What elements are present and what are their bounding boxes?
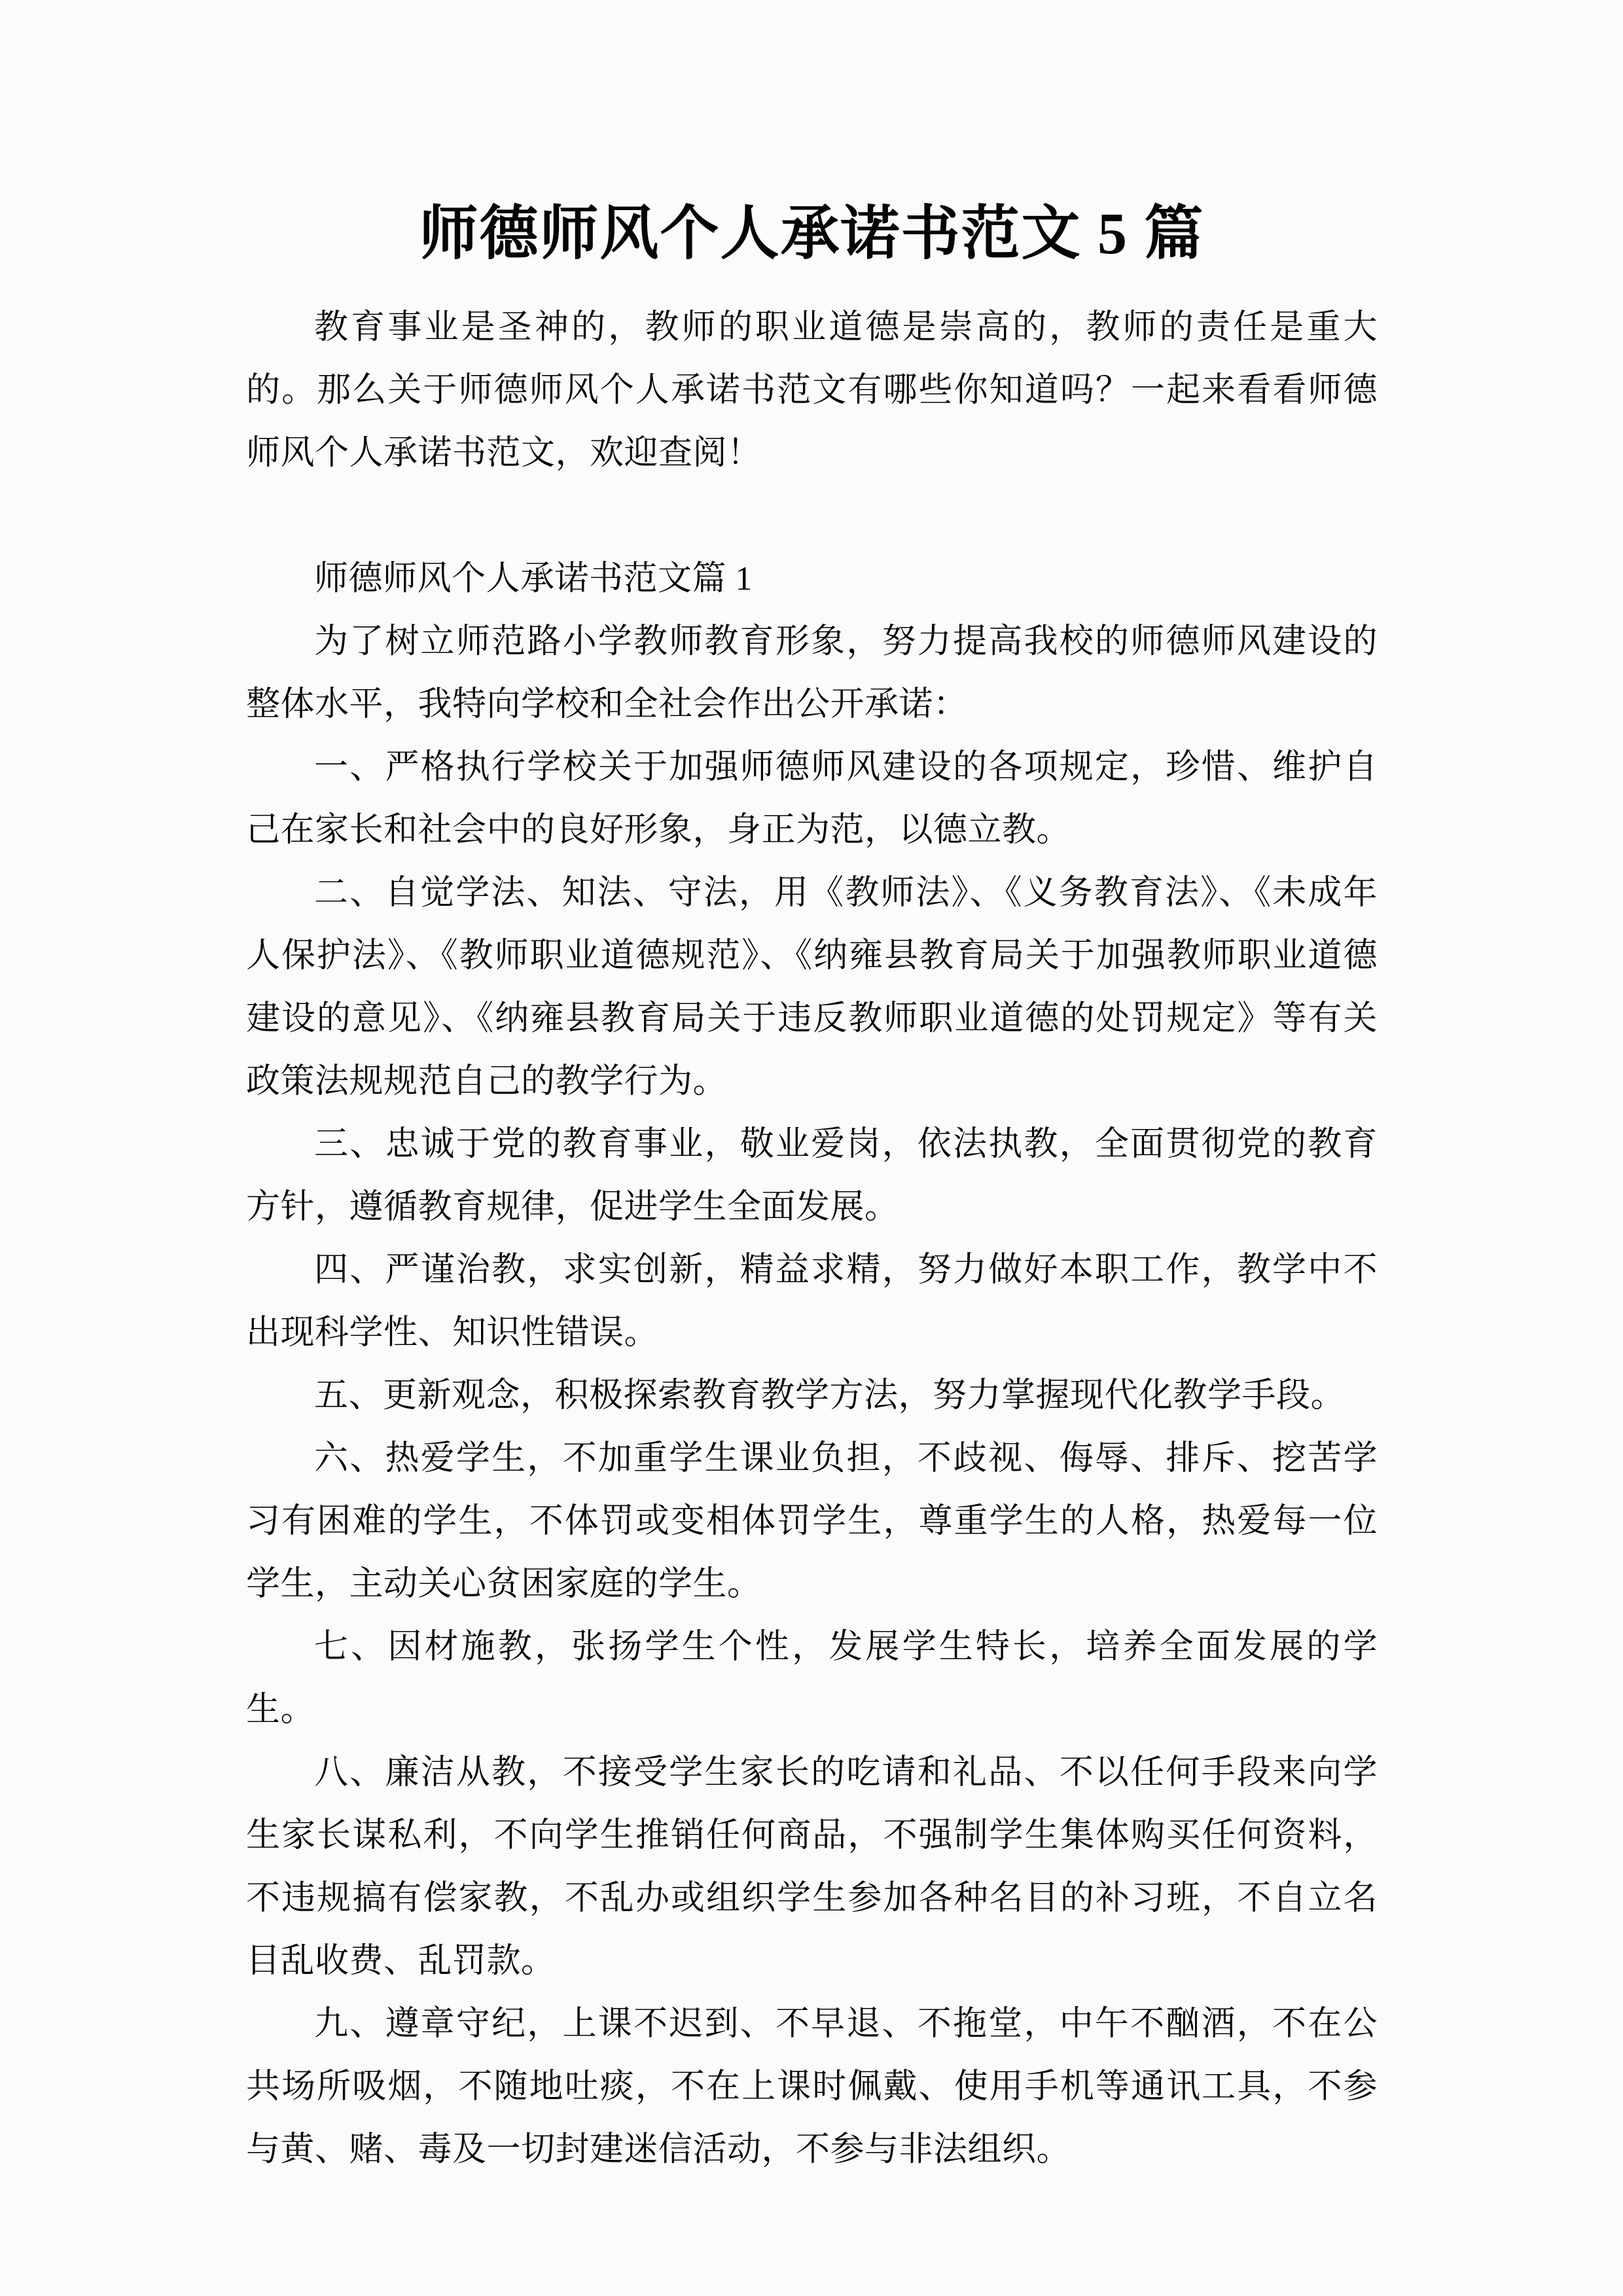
body-paragraph: 七、因材施教，张扬学生个性，发展学生特长，培养全面发展的学生。 [246,1616,1378,1742]
body-paragraph: 一、严格执行学校关于加强师德师风建设的各项规定，珍惜、维护自己在家长和社会中的良… [246,736,1378,862]
body-paragraph: 四、严谨治教，求实创新，精益求精，努力做好本职工作，教学中不出现科学性、知识性错… [246,1239,1378,1365]
intro-paragraph: 教育事业是圣神的，教师的职业道德是崇高的，教师的责任是重大的。那么关于师德师风个… [246,296,1378,485]
body-paragraph: 五、更新观念，积极探索教育教学方法，努力掌握现代化教学手段。 [246,1365,1378,1427]
body-paragraph: 二、自觉学法、知法、守法，用《教师法》、《义务教育法》、《未成年人保护法》、《教… [246,862,1378,1113]
body-paragraph: 九、遵章守纪，上课不迟到、不早退、不拖堂，中午不酗酒，不在公共场所吸烟，不随地吐… [246,1993,1378,2181]
document-page: 师德师风个人承诺书范文 5 篇 教育事业是圣神的，教师的职业道德是崇高的，教师的… [0,0,1623,2296]
document-text-block: 师德师风个人承诺书范文 5 篇 教育事业是圣神的，教师的职业道德是崇高的，教师的… [246,192,1378,2181]
body-paragraph: 六、热爱学生，不加重学生课业负担，不歧视、侮辱、排斥、挖苦学习有困难的学生，不体… [246,1427,1378,1616]
body-paragraph: 为了树立师范路小学教师教育形象，努力提高我校的师德师风建设的整体水平，我特向学校… [246,611,1378,736]
body-paragraph: 三、忠诚于党的教育事业，敬业爱岗，依法执教，全面贯彻党的教育方针，遵循教育规律，… [246,1113,1378,1239]
document-title: 师德师风个人承诺书范文 5 篇 [246,192,1378,277]
body-paragraph: 八、廉洁从教，不接受学生家长的吃请和礼品、不以任何手段来向学生家长谋私利，不向学… [246,1742,1378,1993]
section-heading: 师德师风个人承诺书范文篇 1 [246,548,1378,611]
